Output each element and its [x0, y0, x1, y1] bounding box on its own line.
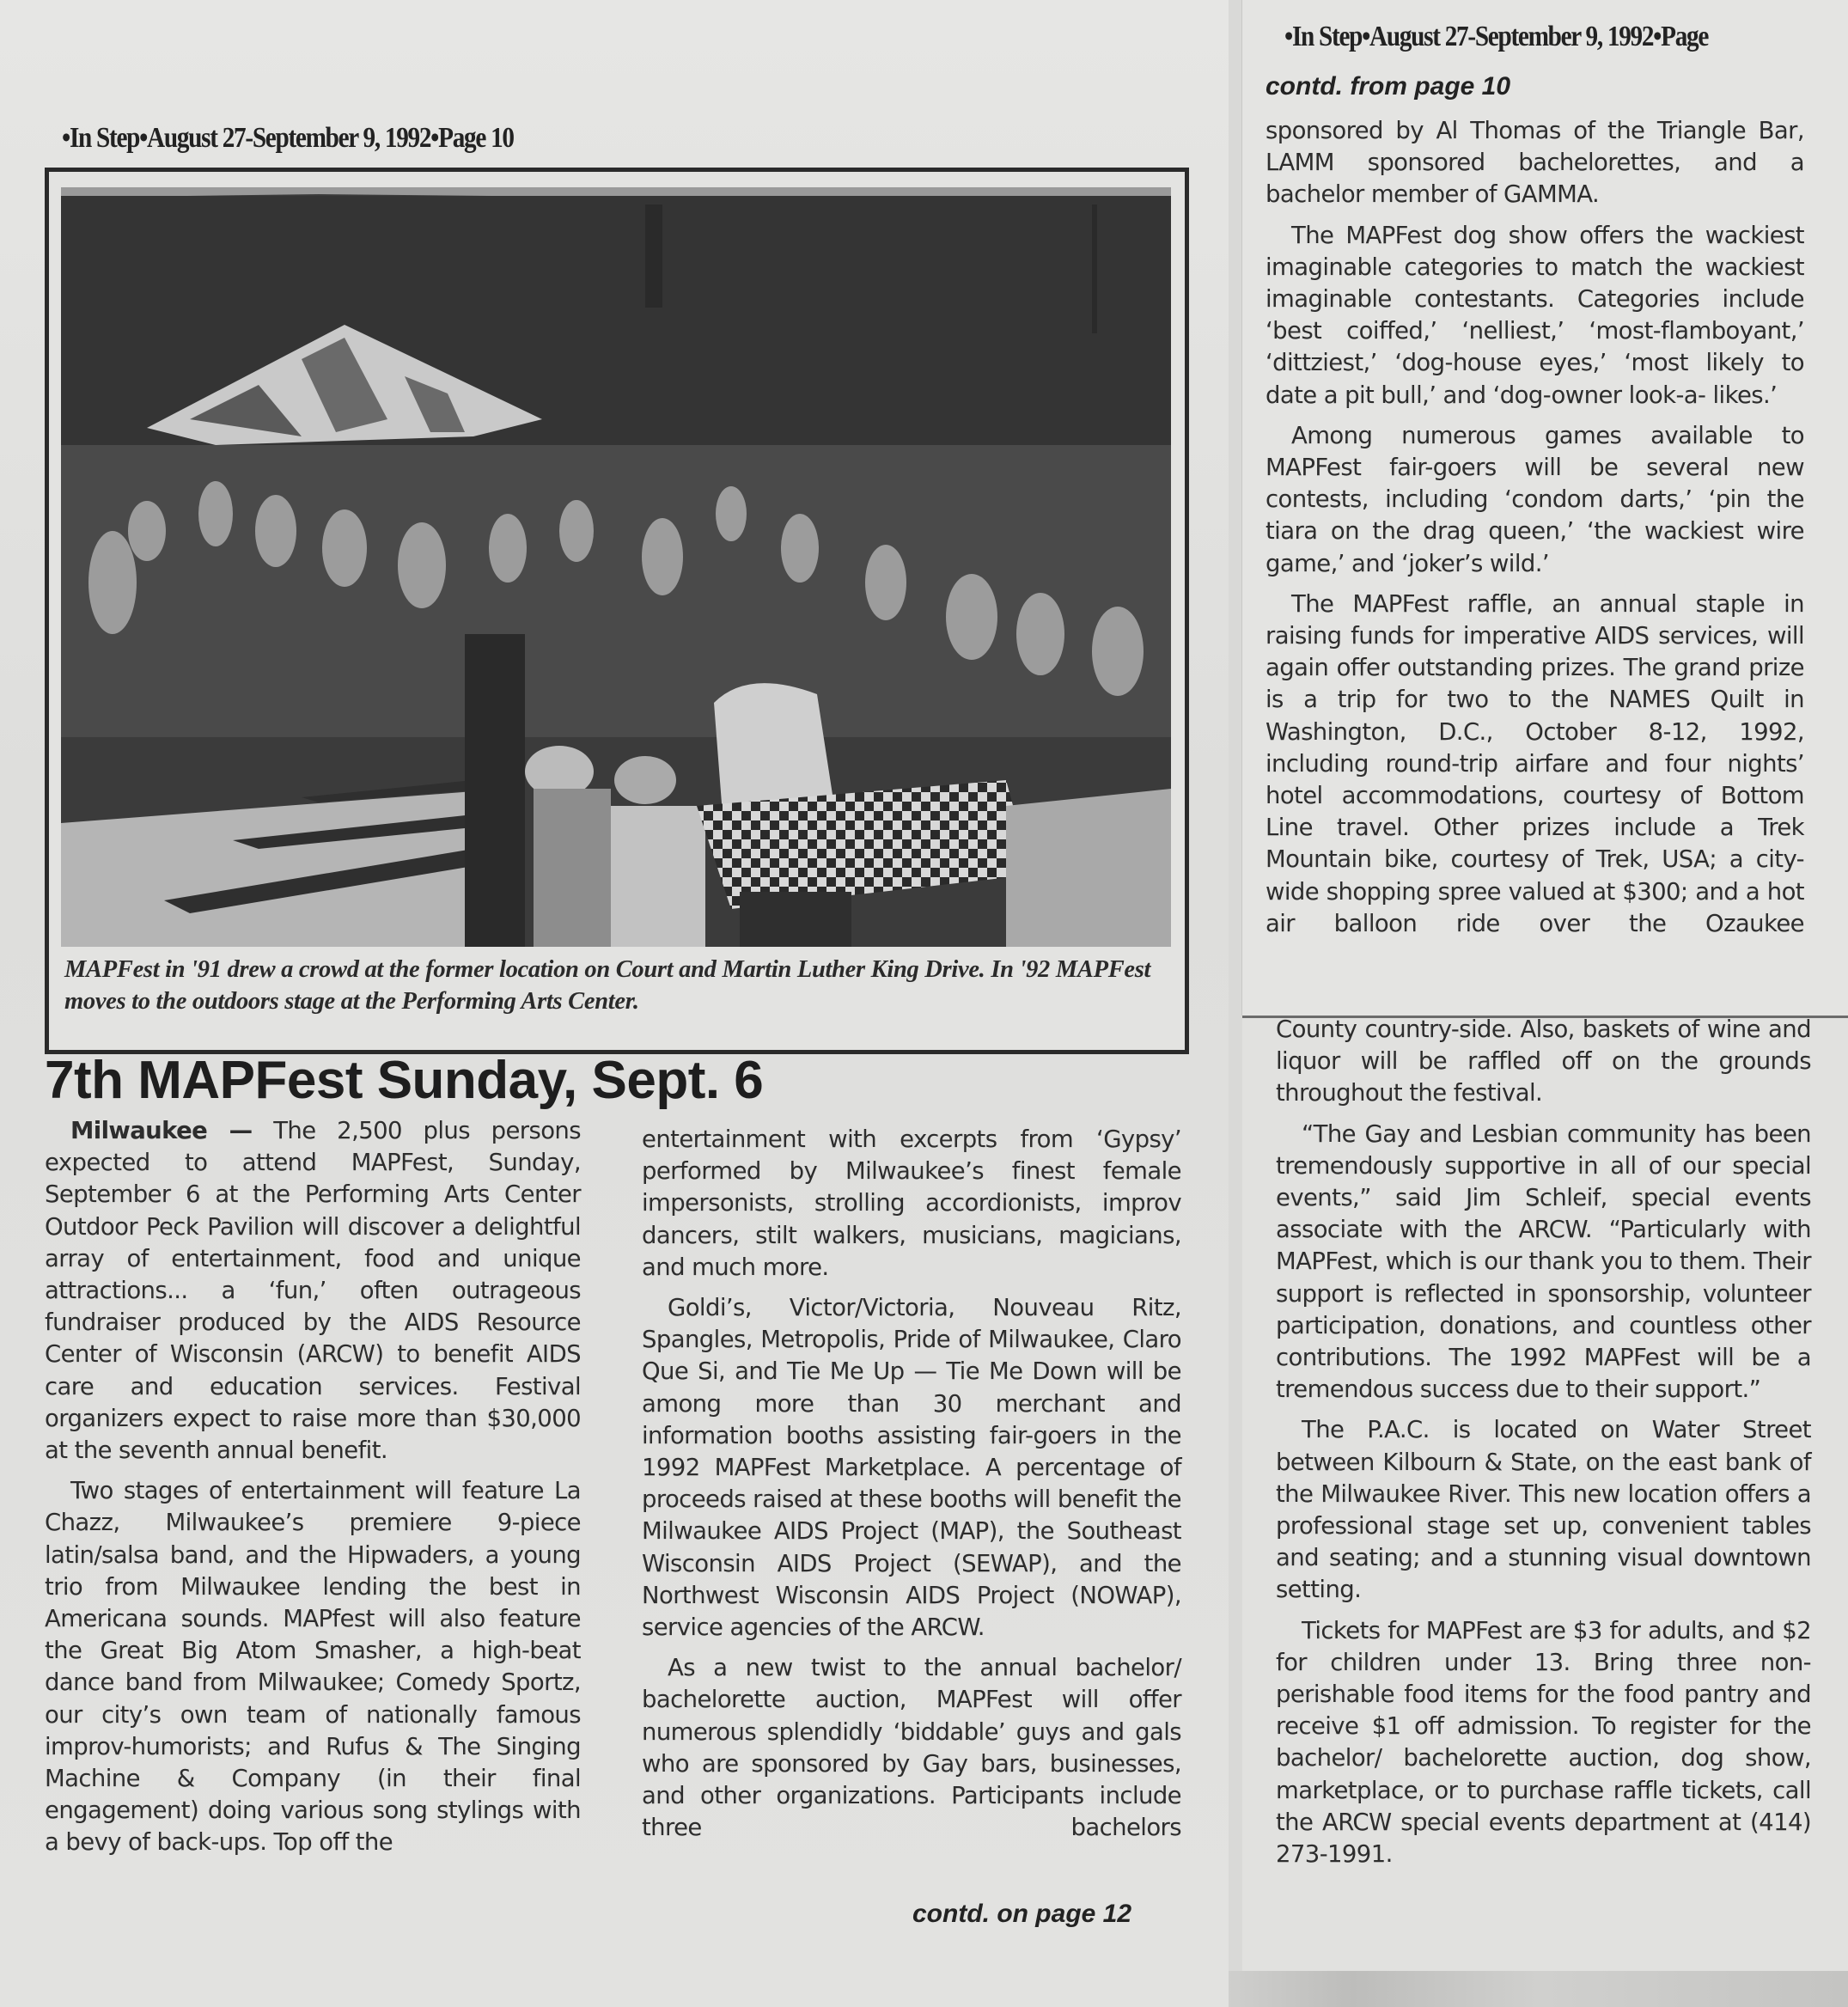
continuation-column-bottom: County country-side. Also, baskets of wi…: [1276, 1014, 1811, 1879]
continued-on-label: contd. on page 12: [912, 1900, 1131, 1929]
article-headline: 7th MAPFest Sunday, Sept. 6: [45, 1050, 763, 1111]
paragraph-2: Two stages of entertainment will feature…: [45, 1475, 581, 1858]
photo-frame: MAPFest in '91 drew a crowd at the forme…: [45, 168, 1189, 1054]
paragraph-9: The MAPFest raffle, an annual staple in …: [1266, 589, 1804, 940]
article-column-2: entertainment with excerpts from ‘Gypsy’…: [642, 1124, 1181, 1852]
masthead-page-12: •In Step•August 27-September 9, 1992•Pag…: [1284, 21, 1708, 53]
masthead-page-10: •In Step•August 27-September 9, 1992•Pag…: [62, 122, 514, 155]
crowd-photo-icon: [61, 187, 1171, 947]
article-column-1: Milwaukee — The 2,500 plus persons expec…: [45, 1115, 581, 1868]
paragraph-6: sponsored by Al Thomas of the Triangle B…: [1266, 115, 1804, 211]
scan-background-strip: [1229, 1971, 1848, 2007]
paragraph-10: County country-side. Also, baskets of wi…: [1276, 1014, 1811, 1110]
paragraph-12: The P.A.C. is located on Water Street be…: [1276, 1414, 1811, 1606]
continuation-column-top: sponsored by Al Thomas of the Triangle B…: [1266, 115, 1804, 949]
paragraph-1: Milwaukee — The 2,500 plus persons expec…: [45, 1115, 581, 1467]
paragraph-11: “The Gay and Lesbian community has been …: [1276, 1119, 1811, 1406]
paragraph-13: Tickets for MAPFest are $3 for adults, a…: [1276, 1615, 1811, 1871]
paragraph-4: Goldi’s, Victor/Victoria, Nouveau Ritz, …: [642, 1292, 1181, 1644]
photo-crowd-festival-icon: [61, 187, 1171, 947]
paragraph-1-text: The 2,500 plus persons expected to atten…: [45, 1117, 581, 1464]
paragraph-5: As a new twist to the annual bachelor/ b…: [642, 1652, 1181, 1844]
paragraph-3: entertainment with excerpts from ‘Gypsy’…: [642, 1124, 1181, 1284]
continued-from-label: contd. from page 10: [1266, 72, 1510, 101]
paragraph-8: Among numerous games available to MAPFes…: [1266, 420, 1804, 580]
dateline: Milwaukee —: [70, 1117, 253, 1144]
paragraph-7: The MAPFest dog show offers the wackiest…: [1266, 220, 1804, 412]
photo-caption: MAPFest in '91 drew a crowd at the forme…: [64, 954, 1178, 1017]
